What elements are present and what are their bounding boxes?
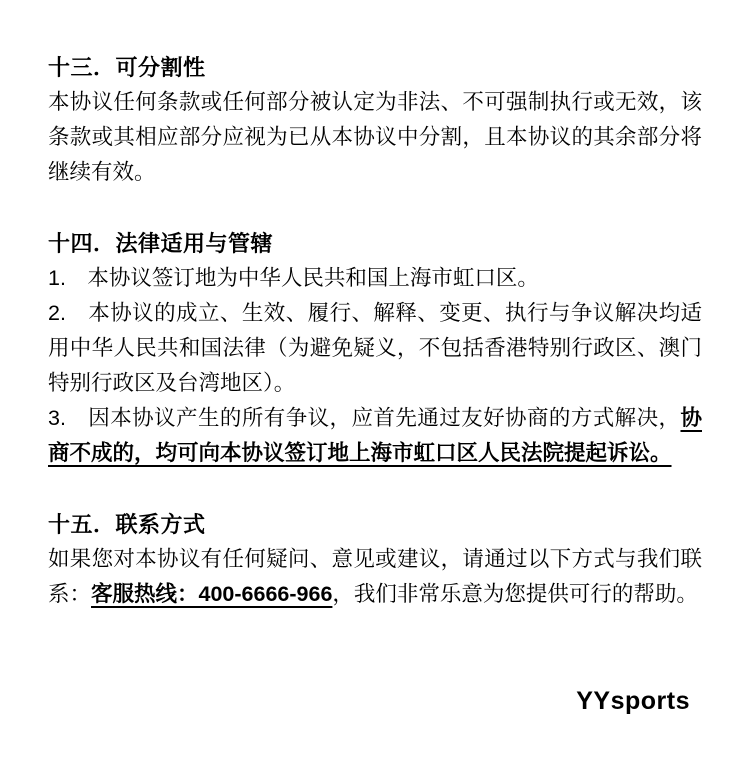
jurisdiction-item-2: 2. 本协议的成立、生效、履行、解释、变更、执行与争议解决均适用中华人民共和国法… — [48, 296, 702, 401]
text-segment: ，我们非常乐意为您提供可行的帮助。 — [332, 582, 698, 606]
section-contact: 十五．联系方式 如果您对本协议有任何疑问、意见或建议，请通过以下方式与我们联系：… — [48, 507, 702, 612]
text-segment: 本协议任何条款或任何部分被认定为非法、不可强制执行或无效，该条款或其相应部分应视… — [48, 90, 702, 184]
section-heading-severability: 十三．可分割性 — [48, 50, 702, 85]
severability-paragraph: 本协议任何条款或任何部分被认定为非法、不可强制执行或无效，该条款或其相应部分应视… — [48, 85, 702, 190]
jurisdiction-item-1: 1. 本协议签订地为中华人民共和国上海市虹口区。 — [48, 261, 702, 296]
jurisdiction-item-3: 3. 因本协议产生的所有争议，应首先通过友好协商的方式解决，协商不成的，均可向本… — [48, 401, 702, 471]
text-segment: 2. 本协议的成立、生效、履行、解释、变更、执行与争议解决均适用中华人民共和国法… — [48, 301, 702, 395]
section-heading-contact: 十五．联系方式 — [48, 507, 702, 542]
emphasized-text: 客服热线：400-6666-966 — [91, 582, 332, 606]
contact-paragraph: 如果您对本协议有任何疑问、意见或建议，请通过以下方式与我们联系：客服热线：400… — [48, 542, 702, 612]
text-segment: 3. 因本协议产生的所有争议，应首先通过友好协商的方式解决， — [48, 406, 680, 430]
section-severability: 十三．可分割性 本协议任何条款或任何部分被认定为非法、不可强制执行或无效，该条款… — [48, 50, 702, 190]
section-law-jurisdiction: 十四．法律适用与管辖 1. 本协议签订地为中华人民共和国上海市虹口区。 2. 本… — [48, 226, 702, 471]
text-segment: 1. 本协议签订地为中华人民共和国上海市虹口区。 — [48, 266, 539, 290]
section-heading-law-jurisdiction: 十四．法律适用与管辖 — [48, 226, 702, 261]
brand-logo-text: YYsports — [48, 684, 702, 719]
terms-document-page: 十三．可分割性 本协议任何条款或任何部分被认定为非法、不可强制执行或无效，该条款… — [0, 0, 750, 772]
